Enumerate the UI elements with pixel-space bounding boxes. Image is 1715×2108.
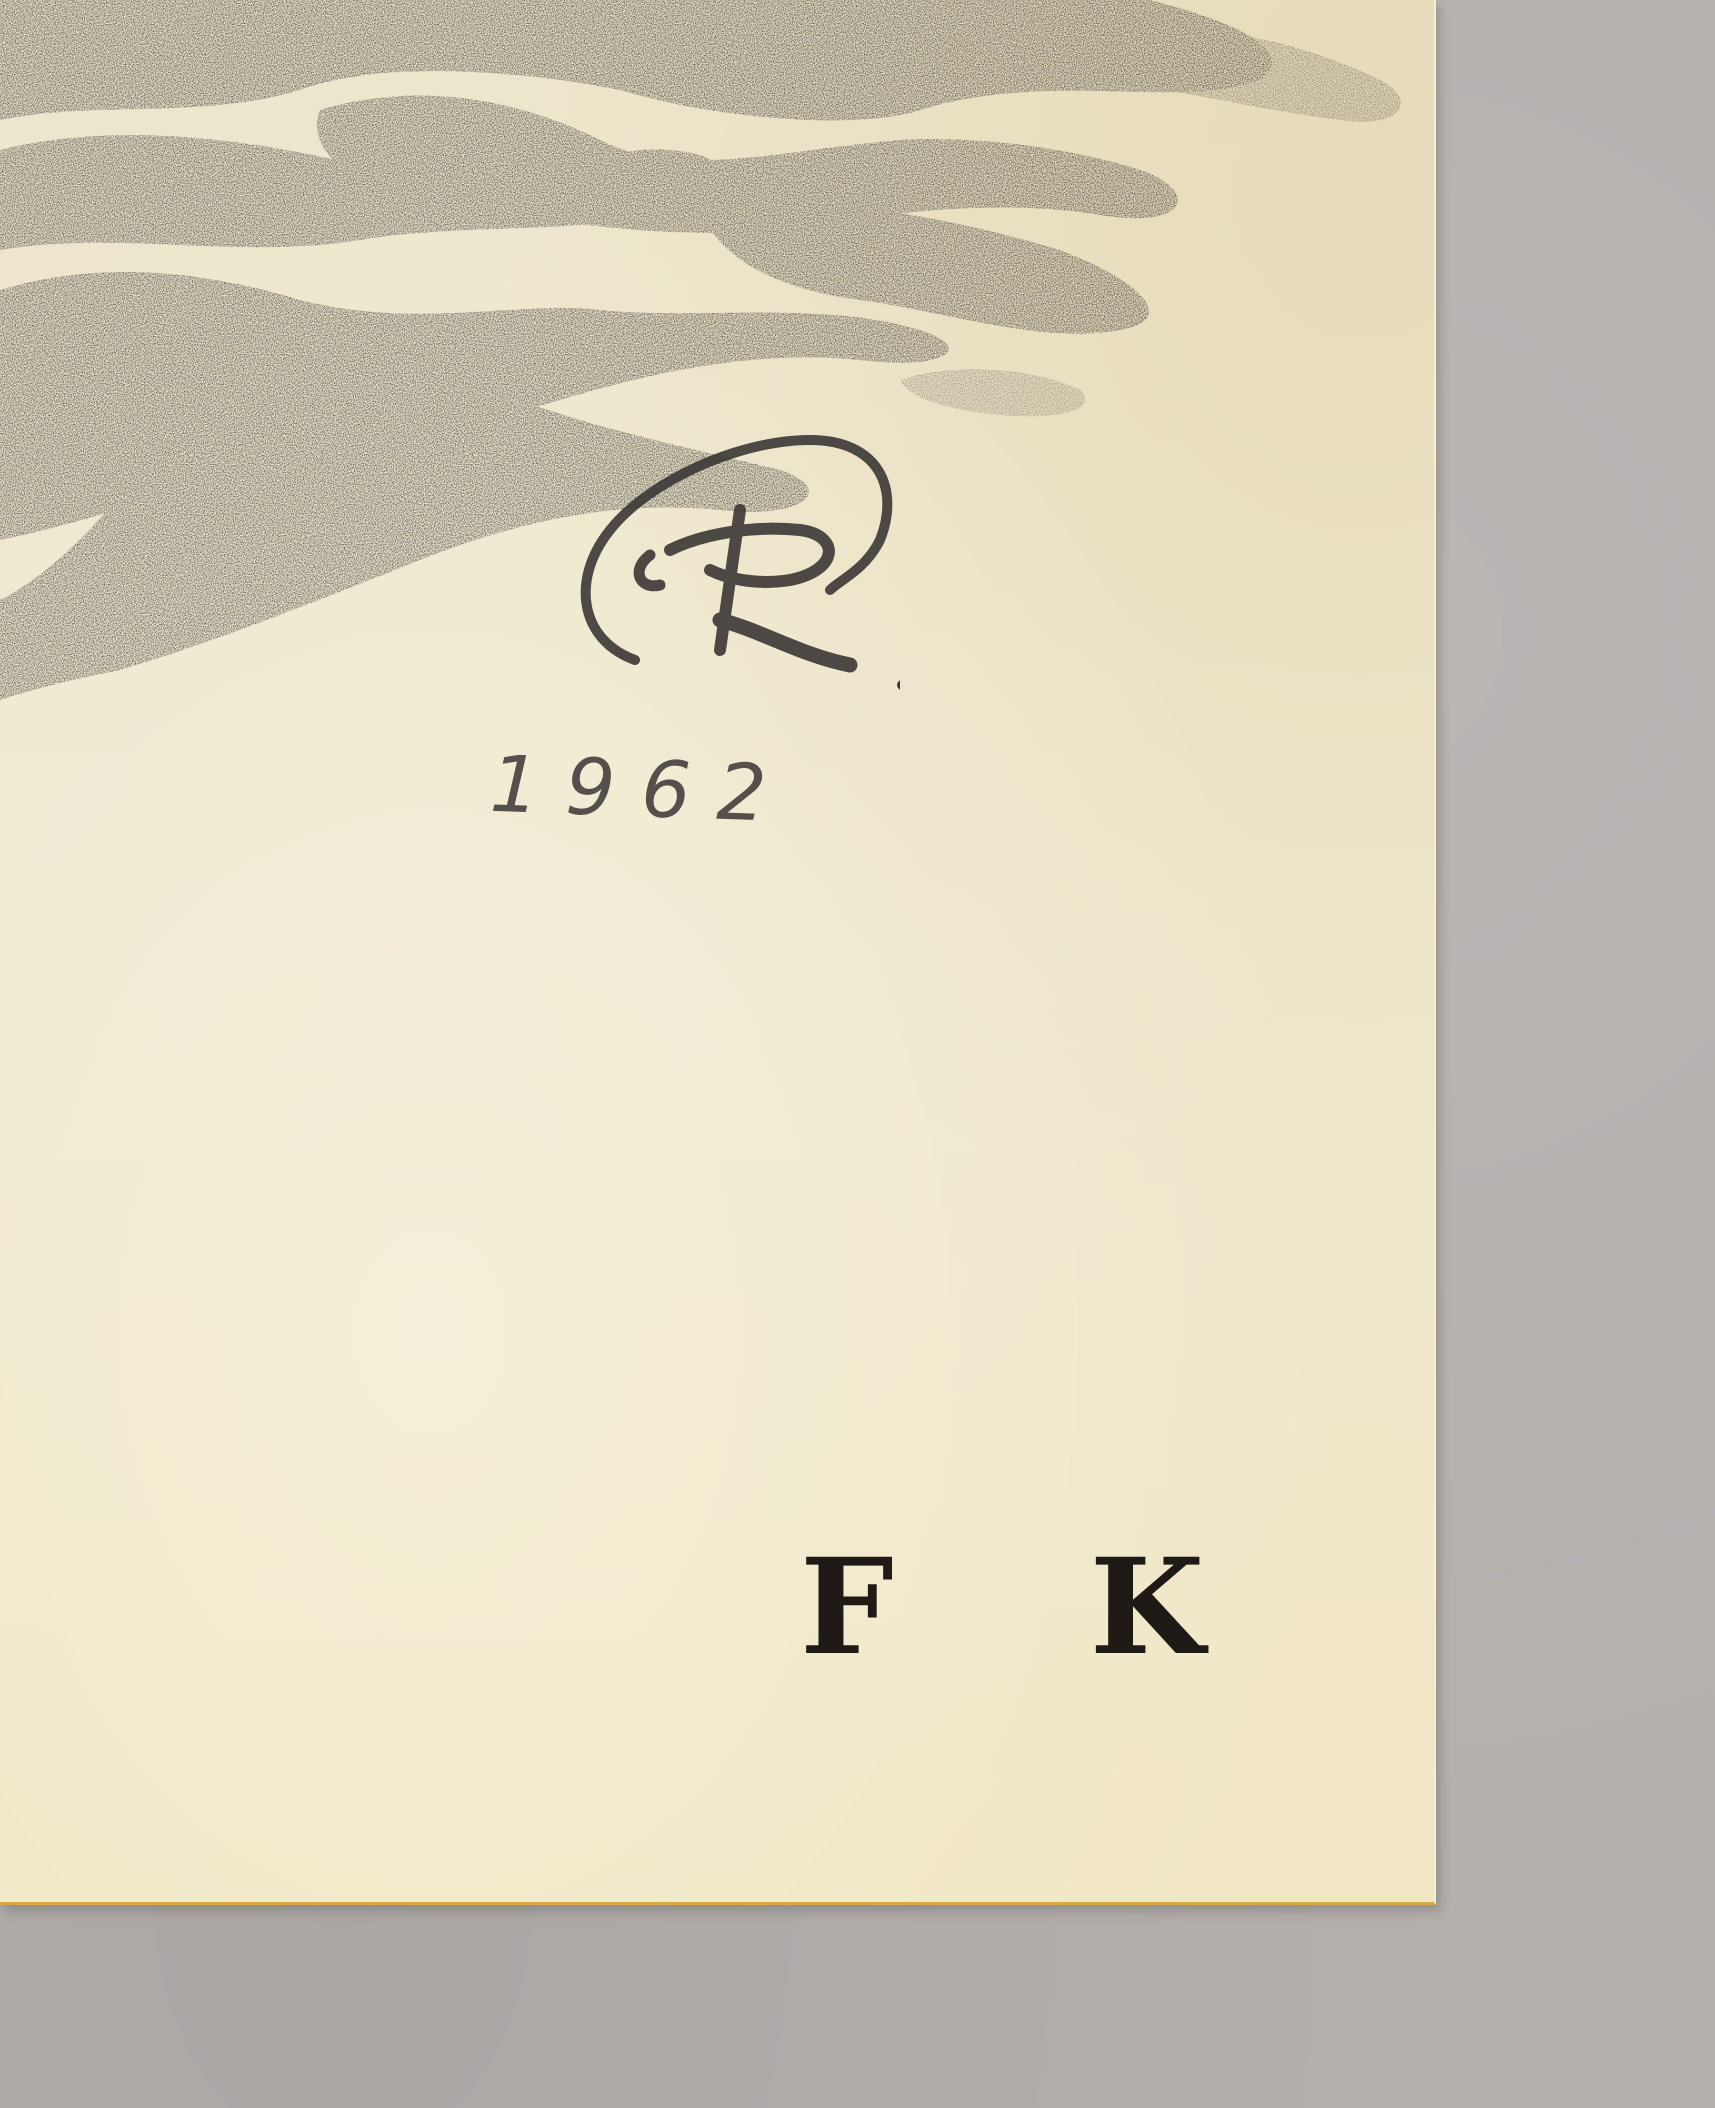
stamp-letter-f: F <box>800 1530 904 1685</box>
fk-collector-stamp: F K <box>800 1530 1214 1685</box>
date-1962: 1962 <box>489 740 794 841</box>
stamp-letter-k: K <box>1090 1530 1215 1685</box>
drawing-paper: 1962 F K <box>0 0 1436 1905</box>
artist-monogram-signature <box>540 420 900 720</box>
